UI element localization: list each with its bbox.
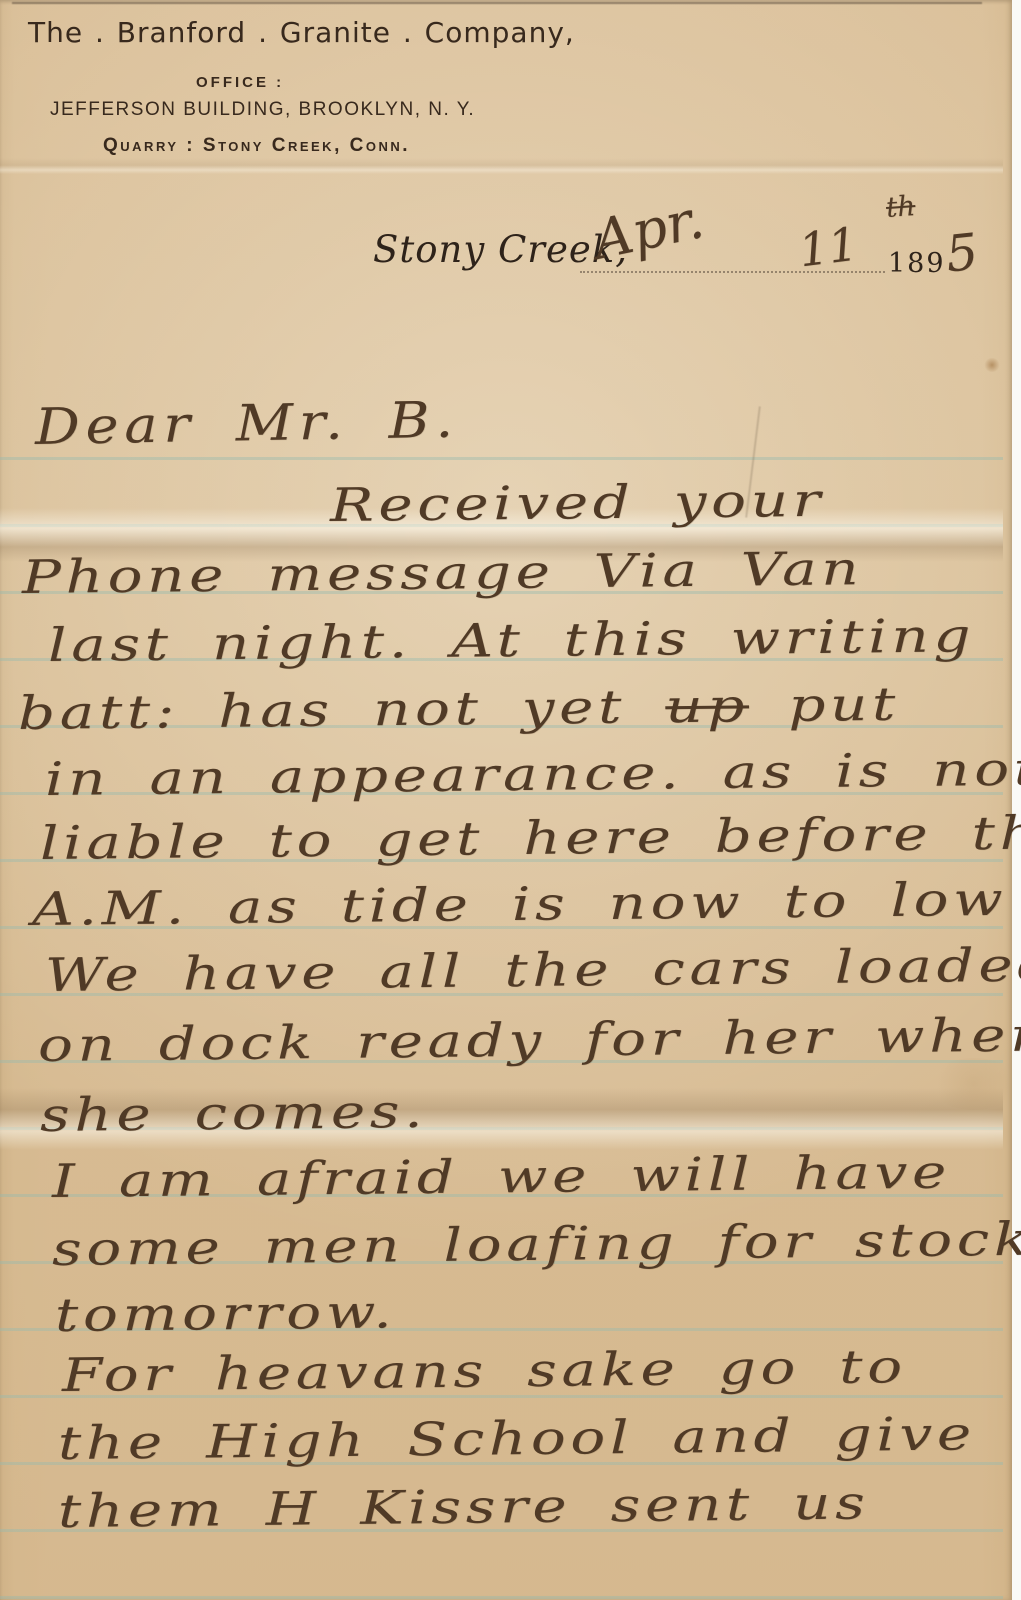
office-label: OFFICE : xyxy=(196,74,284,91)
salutation: Dear Mr. B. xyxy=(34,391,459,456)
office-address: JEFFERSON BUILDING, BROOKLYN, N. Y. xyxy=(50,99,475,121)
body-line: in an appearance. as is not xyxy=(45,744,1021,805)
body-line: last night. At this writing xyxy=(48,610,976,670)
body-line: For heavans sake go to xyxy=(62,1341,907,1400)
body-line: liable to get here before the xyxy=(40,807,1021,868)
ink-stain xyxy=(984,358,1000,372)
body-line: the High School and give xyxy=(58,1408,976,1468)
body-line-segment: put xyxy=(749,677,900,733)
body-line: batt: has not yet up put xyxy=(18,679,900,739)
company-name: The . Branford . Granite . Company, xyxy=(28,16,575,49)
handwritten-year-digit: 5 xyxy=(943,222,981,283)
body-line: she comes. xyxy=(40,1086,428,1141)
printed-year-prefix: 189 xyxy=(888,248,946,279)
body-line: on dock ready for her when xyxy=(38,1009,1021,1070)
dateline-place: Stony Creek, xyxy=(373,228,628,271)
day-suffix-th: th xyxy=(885,189,917,224)
body-line: We have all the cars loaded xyxy=(45,939,1021,1000)
body-line: tomorrow. xyxy=(55,1286,397,1340)
handwritten-month: Apr. xyxy=(588,187,709,272)
paper-top-edge xyxy=(12,2,982,4)
paper-discoloration xyxy=(928,1058,1020,1110)
letter-paper: The . Branford . Granite . Company, OFFI… xyxy=(0,0,1012,1600)
struck-word: up xyxy=(665,678,749,733)
body-line: I am afraid we will have xyxy=(52,1147,951,1207)
body-line: A.M. as tide is now to low xyxy=(32,874,1008,935)
fold-crease-top xyxy=(0,158,1003,174)
body-line: them H Kissre sent us xyxy=(58,1478,870,1537)
body-line-segment: batt: has not yet xyxy=(18,679,666,740)
body-line: some men loafing for stock xyxy=(52,1214,1021,1275)
quarry-address: Quarry : Stony Creek, Conn. xyxy=(103,135,410,157)
body-line: Phone message Via Van xyxy=(22,543,864,602)
body-line: Received your xyxy=(330,475,826,531)
handwritten-day: 11 xyxy=(796,217,861,278)
